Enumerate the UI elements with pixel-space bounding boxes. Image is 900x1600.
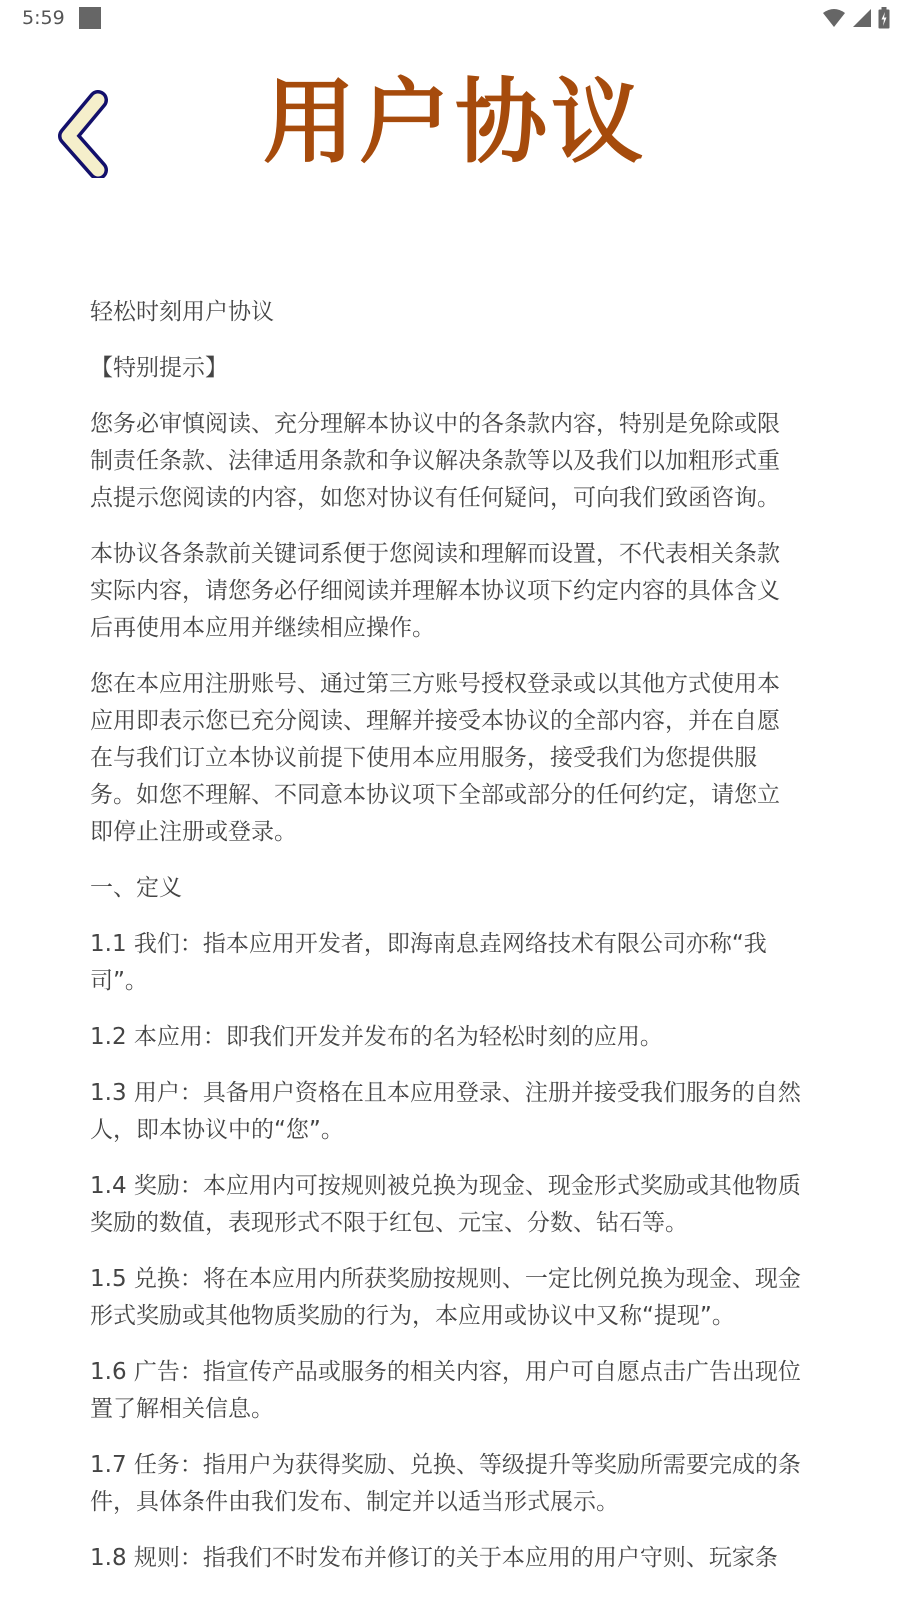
status-right: [822, 7, 890, 29]
definition-item: 1.2 本应用：即我们开发并发布的名为轻松时刻的应用。: [90, 1019, 802, 1056]
definition-item: 1.8 规则：指我们不时发布并修订的关于本应用的用户守则、玩家条: [90, 1540, 802, 1577]
notification-square-icon: [79, 7, 101, 29]
paragraph: 本协议各条款前关键词系便于您阅读和理解而设置，不代表相关条款实际内容，请您务必仔…: [90, 536, 802, 647]
status-bar: 5:59: [0, 0, 900, 36]
section-heading: 一、定义: [90, 870, 802, 907]
paragraph: 您务必审慎阅读、充分理解本协议中的各条款内容，特别是免除或限制责任条款、法律适用…: [90, 406, 802, 517]
special-notice-heading: 【特别提示】: [90, 350, 802, 387]
page-title: 用户协议: [0, 68, 900, 178]
definition-item: 1.7 任务：指用户为获得奖励、兑换、等级提升等奖励所需要完成的条件，具体条件由…: [90, 1447, 802, 1521]
signal-icon: [852, 8, 872, 28]
paragraph: 您在本应用注册账号、通过第三方账号授权登录或以其他方式使用本应用即表示您已充分阅…: [90, 666, 802, 851]
battery-charging-icon: [878, 7, 890, 29]
status-time: 5:59: [22, 7, 65, 29]
status-left: 5:59: [22, 7, 101, 29]
definition-item: 1.5 兑换：将在本应用内所获奖励按规则、一定比例兑换为现金、现金形式奖励或其他…: [90, 1261, 802, 1335]
wifi-icon: [822, 8, 846, 28]
document-title: 轻松时刻用户协议: [90, 294, 802, 331]
definition-item: 1.1 我们：指本应用开发者，即海南息垚网络技术有限公司亦称“我司”。: [90, 926, 802, 1000]
definition-item: 1.3 用户：具备用户资格在且本应用登录、注册并接受我们服务的自然人，即本协议中…: [90, 1075, 802, 1149]
definition-item: 1.6 广告：指宣传产品或服务的相关内容，用户可自愿点击广告出现位置了解相关信息…: [90, 1354, 802, 1428]
agreement-content: 轻松时刻用户协议 【特别提示】 您务必审慎阅读、充分理解本协议中的各条款内容，特…: [90, 294, 802, 1596]
definition-item: 1.4 奖励：本应用内可按规则被兑换为现金、现金形式奖励或其他物质奖励的数值，表…: [90, 1168, 802, 1242]
header: 用户协议: [0, 60, 900, 200]
